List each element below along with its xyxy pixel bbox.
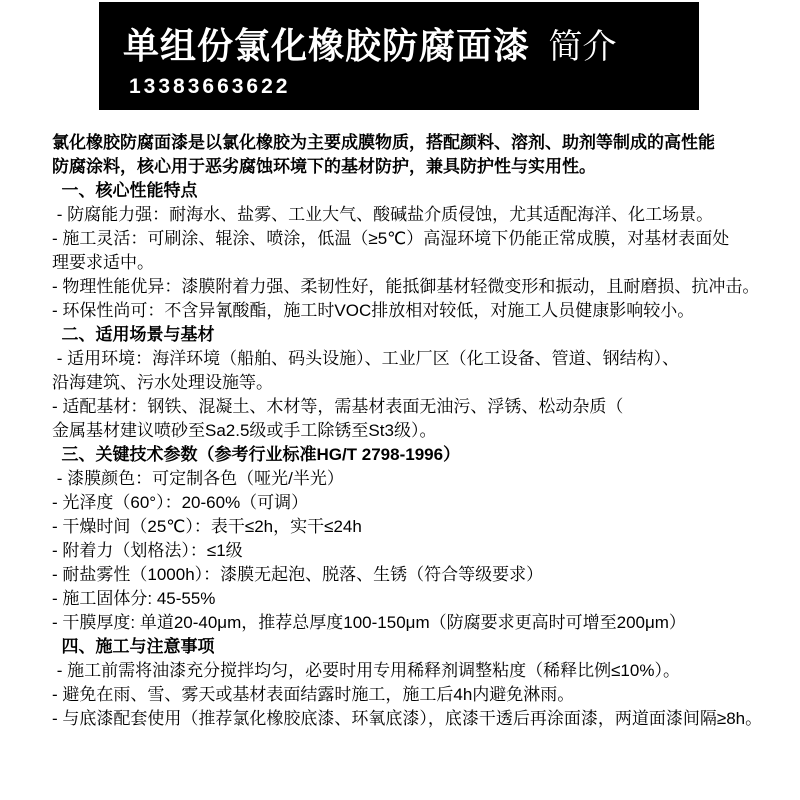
- text-line: - 漆膜颜色：可定制各色（哑光/半光）: [52, 467, 752, 491]
- text-line: - 施工固体分: 45-55%: [52, 587, 752, 611]
- document-page: 单组份氯化橡胶防腐面漆 简介 13383663622 氯化橡胶防腐面漆是以氯化橡…: [0, 0, 800, 800]
- text-line: - 与底漆配套使用（推荐氯化橡胶底漆、环氧底漆），底漆干透后再涂面漆，两道面漆间…: [52, 707, 752, 731]
- phone-number: 13383663622: [129, 75, 689, 99]
- text-line: 氯化橡胶防腐面漆是以氯化橡胶为主要成膜物质，搭配颜料、溶剂、助剂等制成的高性能: [52, 131, 752, 155]
- header-title-row: 单组份氯化橡胶防腐面漆 简介: [123, 26, 689, 66]
- text-line: - 环保性尚可：不含异氰酸酯，施工时VOC排放相对较低，对施工人员健康影响较小。: [52, 299, 752, 323]
- section-heading: 一、核心性能特点: [52, 179, 752, 203]
- text-line: - 光泽度（60°）：20-60%（可调）: [52, 491, 752, 515]
- text-line: - 避免在雨、雪、雾天或基材表面结露时施工，施工后4h内避免淋雨。: [52, 683, 752, 707]
- text-line: - 适用环境：海洋环境（船舶、码头设施）、工业厂区（化工设备、管道、钢结构）、: [52, 347, 752, 371]
- text-line: - 防腐能力强：耐海水、盐雾、工业大气、酸碱盐介质侵蚀，尤其适配海洋、化工场景。: [52, 203, 752, 227]
- text-line: - 附着力（划格法）：≤1级: [52, 539, 752, 563]
- text-line: - 耐盐雾性（1000h）：漆膜无起泡、脱落、生锈（符合等级要求）: [52, 563, 752, 587]
- header-banner: 单组份氯化橡胶防腐面漆 简介 13383663622: [99, 2, 699, 110]
- text-line: - 适配基材：钢铁、混凝土、木材等，需基材表面无油污、浮锈、松动杂质（: [52, 395, 752, 419]
- text-line: 防腐涂料，核心用于恶劣腐蚀环境下的基材防护，兼具防护性与实用性。: [52, 155, 752, 179]
- text-line: - 物理性能优异：漆膜附着力强、柔韧性好，能抵御基材轻微变形和振动，且耐磨损、抗…: [52, 275, 752, 299]
- text-line: - 施工灵活：可刷涂、辊涂、喷涂，低温（≥5℃）高湿环境下仍能正常成膜，对基材表…: [52, 227, 752, 251]
- section-heading: 二、适用场景与基材: [52, 323, 752, 347]
- text-line: 理要求适中。: [52, 251, 752, 275]
- document-lines: 氯化橡胶防腐面漆是以氯化橡胶为主要成膜物质，搭配颜料、溶剂、助剂等制成的高性能防…: [52, 131, 752, 731]
- text-line: - 干燥时间（25℃）：表干≤2h，实干≤24h: [52, 515, 752, 539]
- section-heading: 三、关键技术参数（参考行业标准HG/T 2798-1996）: [52, 443, 752, 467]
- page-title: 单组份氯化橡胶防腐面漆: [123, 25, 530, 66]
- text-line: - 干膜厚度: 单道20-40μm，推荐总厚度100-150μm（防腐要求更高时…: [52, 611, 752, 635]
- page-subtitle: 简介: [548, 28, 616, 66]
- text-line: 沿海建筑、污水处理设施等。: [52, 371, 752, 395]
- section-heading: 四、施工与注意事项: [52, 635, 752, 659]
- text-line: 金属基材建议喷砂至Sa2.5级或手工除锈至St3级）。: [52, 419, 752, 443]
- text-line: - 施工前需将油漆充分搅拌均匀，必要时用专用稀释剂调整粘度（稀释比例≤10%）。: [52, 659, 752, 683]
